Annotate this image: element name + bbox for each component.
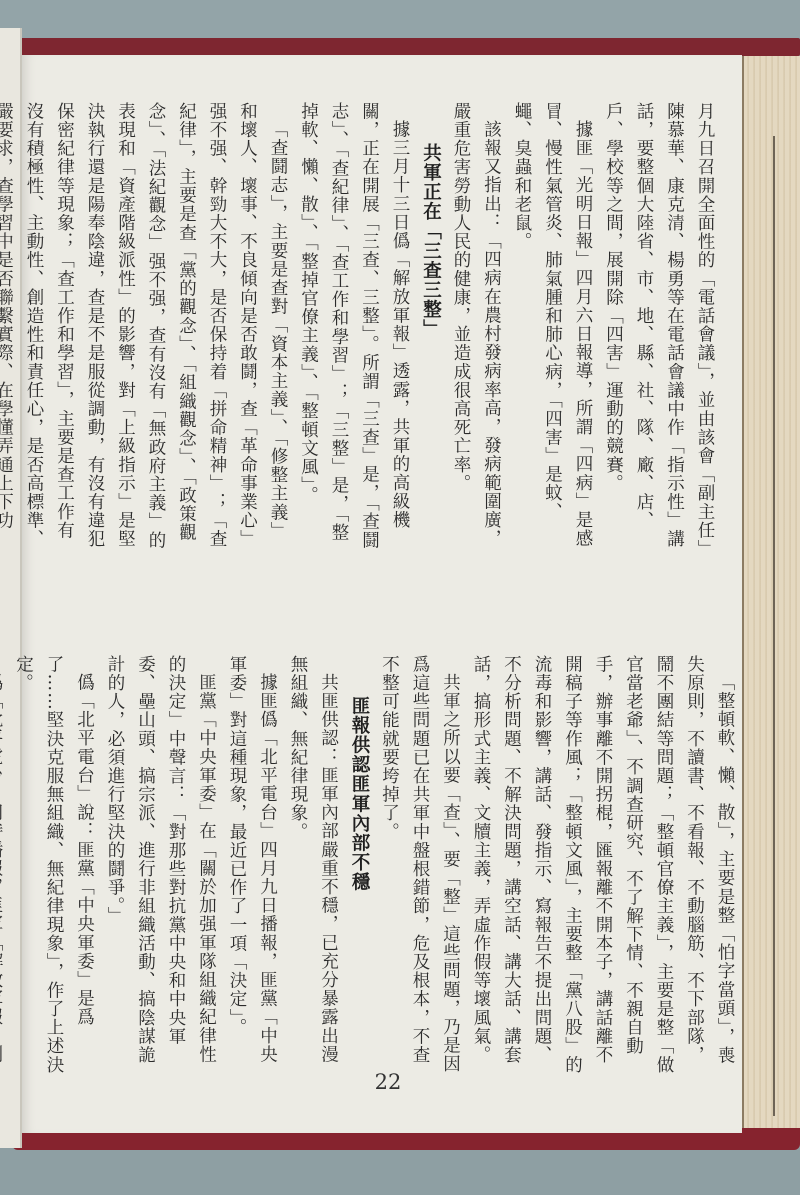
paragraph: 該報又指出：「四病在農村發病率高，發病範圍廣，嚴重危害勞動人民的健康，並造成很高… [446,102,507,557]
bottom-text-block: 「整頓軟、懶、散」，主要是整「怕字當頭」，喪失原則，不讀書、不看報、不動腦筋、不… [0,655,740,1075]
top-text-block: 月九日召開全面性的「電話會議」，並由該會「副主任」陳慕華、康克清、楊勇等在電話會… [0,102,720,557]
book-binding-top [14,38,800,56]
paragraph-continuation: 月九日召開全面性的「電話會議」，並由該會「副主任」陳慕華、康克清、楊勇等在電話會… [598,102,720,557]
paragraph: 「整頓軟、懶、散」，主要是整「怕字當頭」，喪失原則，不讀書、不看報、不動腦筋、不… [466,655,741,1075]
page-number: 22 [358,1070,418,1094]
bookmark-ribbon [773,136,775,1116]
paragraph: 僞「北平電台」同時播報，匪軍「解放軍報」刊出「評論員文章」供認，「紀律鬆弛，直接… [0,655,8,1075]
paragraph: 匪黨「中央軍委」在「關於加强軍隊組織紀律性的決定」中聲言：「對那些對抗黨中央和中… [100,655,222,1075]
section-heading: 匪報供認匪軍內部不穩 [344,655,375,1075]
table-background-top [0,0,800,40]
paragraph: 僞「北平電台」說：匪黨「中央軍委」是爲了……堅決克服無組織、無紀律現象」，作了上… [8,655,100,1075]
paragraph: 共匪供認：匪軍內部嚴重不穩，已充分暴露出漫無組織、無紀律現象。 [283,655,344,1075]
table-background-bottom [0,1148,800,1195]
page-stack-edges [742,56,800,1128]
paragraph: 據三月十三日僞「解放軍報」透露，共軍的高級機關，正在開展「三查、三整」。所謂「三… [293,102,415,557]
section-heading: 共軍正在「三查三整」 [415,102,446,557]
paragraph: 據匪僞「北平電台」四月九日播報，匪黨「中央軍委」對這種現象，最近已作了一項「決定… [222,655,283,1075]
paragraph: 據匪「光明日報」四月六日報導，所謂「四病」是感冒、慢性氣管炎、肺氣腫和肺心病，「… [507,102,599,557]
paragraph: 「查鬪志」，主要是查對「資本主義」、「修整主義」和壞人、壞事、不良傾向是否敢鬪，… [0,102,293,557]
paragraph: 共軍之所以要「查」、要「整」這些問題，乃是因爲這些問題已在共軍中盤根錯節，危及根… [374,655,466,1075]
